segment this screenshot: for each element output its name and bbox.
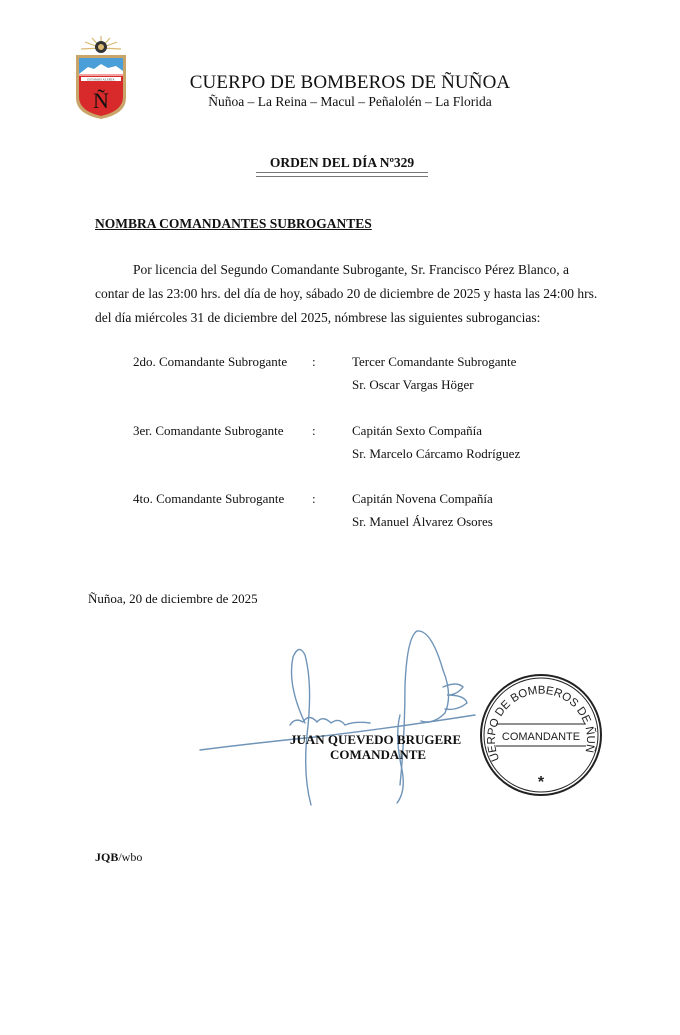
communes-subtitle: Ñuñoa – La Reina – Macul – Peñalolén – L…: [0, 94, 680, 110]
body-line-1: Por licencia del Segundo Comandante Subr…: [133, 262, 569, 278]
appointment-role: Capitán Novena Compañía: [352, 491, 493, 507]
appointment-position: 4to. Comandante Subrogante: [133, 491, 284, 507]
appointment-position: 3er. Comandante Subrogante: [133, 423, 284, 439]
appointment-separator: :: [312, 423, 316, 439]
appointment-name: Sr. Oscar Vargas Höger: [352, 377, 474, 393]
handwritten-signature-icon: [195, 625, 485, 810]
appointment-separator: :: [312, 491, 316, 507]
title-double-rule: [256, 172, 428, 177]
typist-suffix: /wbo: [118, 850, 142, 864]
appointment-position: 2do. Comandante Subrogante: [133, 354, 287, 370]
appointment-role: Tercer Comandante Subrogante: [352, 354, 516, 370]
appointment-role: Capitán Sexto Compañía: [352, 423, 482, 439]
body-line-3: del día miércoles 31 de diciembre del 20…: [95, 310, 540, 326]
body-line-2: contar de las 23:00 hrs. del día de hoy,…: [95, 286, 597, 302]
author-initials: JQB: [95, 850, 118, 864]
signer-name: JUAN QUEVEDO BRUGERE: [290, 732, 461, 748]
svg-text:COMANDANTE: COMANDANTE: [502, 731, 580, 743]
appointment-separator: :: [312, 354, 316, 370]
place-and-date: Ñuñoa, 20 de diciembre de 2025: [88, 591, 258, 607]
appointment-name: Sr. Marcelo Cárcamo Rodríguez: [352, 446, 520, 462]
appointment-name: Sr. Manuel Álvarez Osores: [352, 514, 493, 530]
svg-text:*: *: [538, 774, 545, 791]
organization-name: CUERPO DE BOMBEROS DE ÑUÑOA: [0, 72, 680, 94]
order-title: ORDEN DEL DÍA Nº329: [0, 155, 680, 171]
signer-role: COMANDANTE: [330, 747, 426, 763]
svg-text:CUERPO DE BOMBEROS DE ÑUÑOA: CUERPO DE BOMBEROS DE ÑUÑOA: [478, 672, 597, 763]
typist-initials: JQB/wbo: [95, 850, 142, 865]
section-heading: NOMBRA COMANDANTES SUBROGANTES: [95, 216, 372, 232]
official-seal-icon: CUERPO DE BOMBEROS DE ÑUÑOA COMANDANTE *: [478, 672, 604, 798]
